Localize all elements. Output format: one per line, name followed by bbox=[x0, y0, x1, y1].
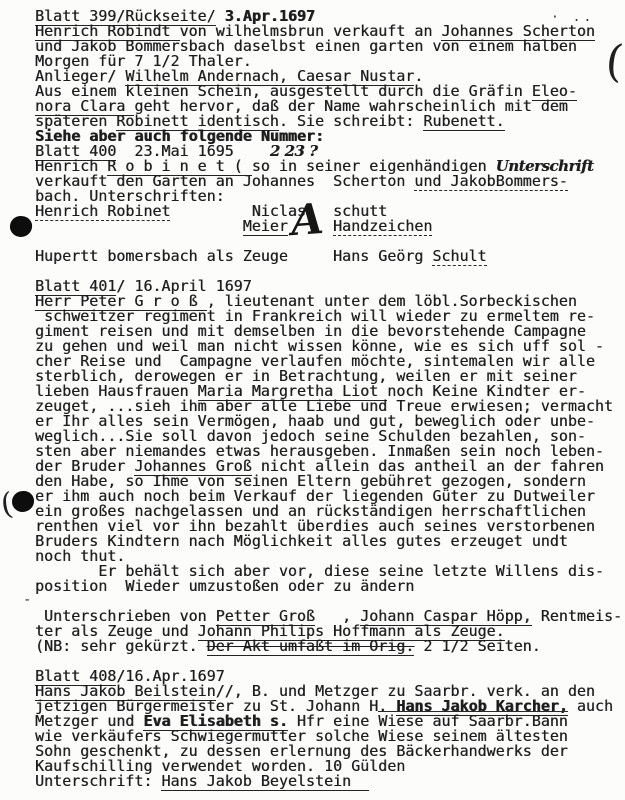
typewritten-text-block: Blatt 399/Rückseite/ 3.Apr.1697Henrich R… bbox=[35, 9, 625, 789]
text-line: position Wieder umzustoßen oder zu änder… bbox=[35, 579, 625, 594]
text-line: Meier Handzeichen bbox=[35, 219, 625, 234]
ink-dash-mark: - bbox=[23, 592, 31, 608]
ink-dots-mark: · .. bbox=[551, 10, 594, 25]
text-line: Hupertt bomersbach als Zeuge Hans Geörg … bbox=[35, 249, 625, 264]
handzeichen-mark-icon: A bbox=[290, 198, 325, 242]
document-page: Blatt 399/Rückseite/ 3.Apr.1697Henrich R… bbox=[0, 0, 625, 800]
text-line: Unterschrift: Hans Jakob Beyelstein bbox=[35, 774, 625, 789]
text-line: (NB: sehr gekürzt. Der Akt umfaßt im Ori… bbox=[35, 639, 625, 654]
